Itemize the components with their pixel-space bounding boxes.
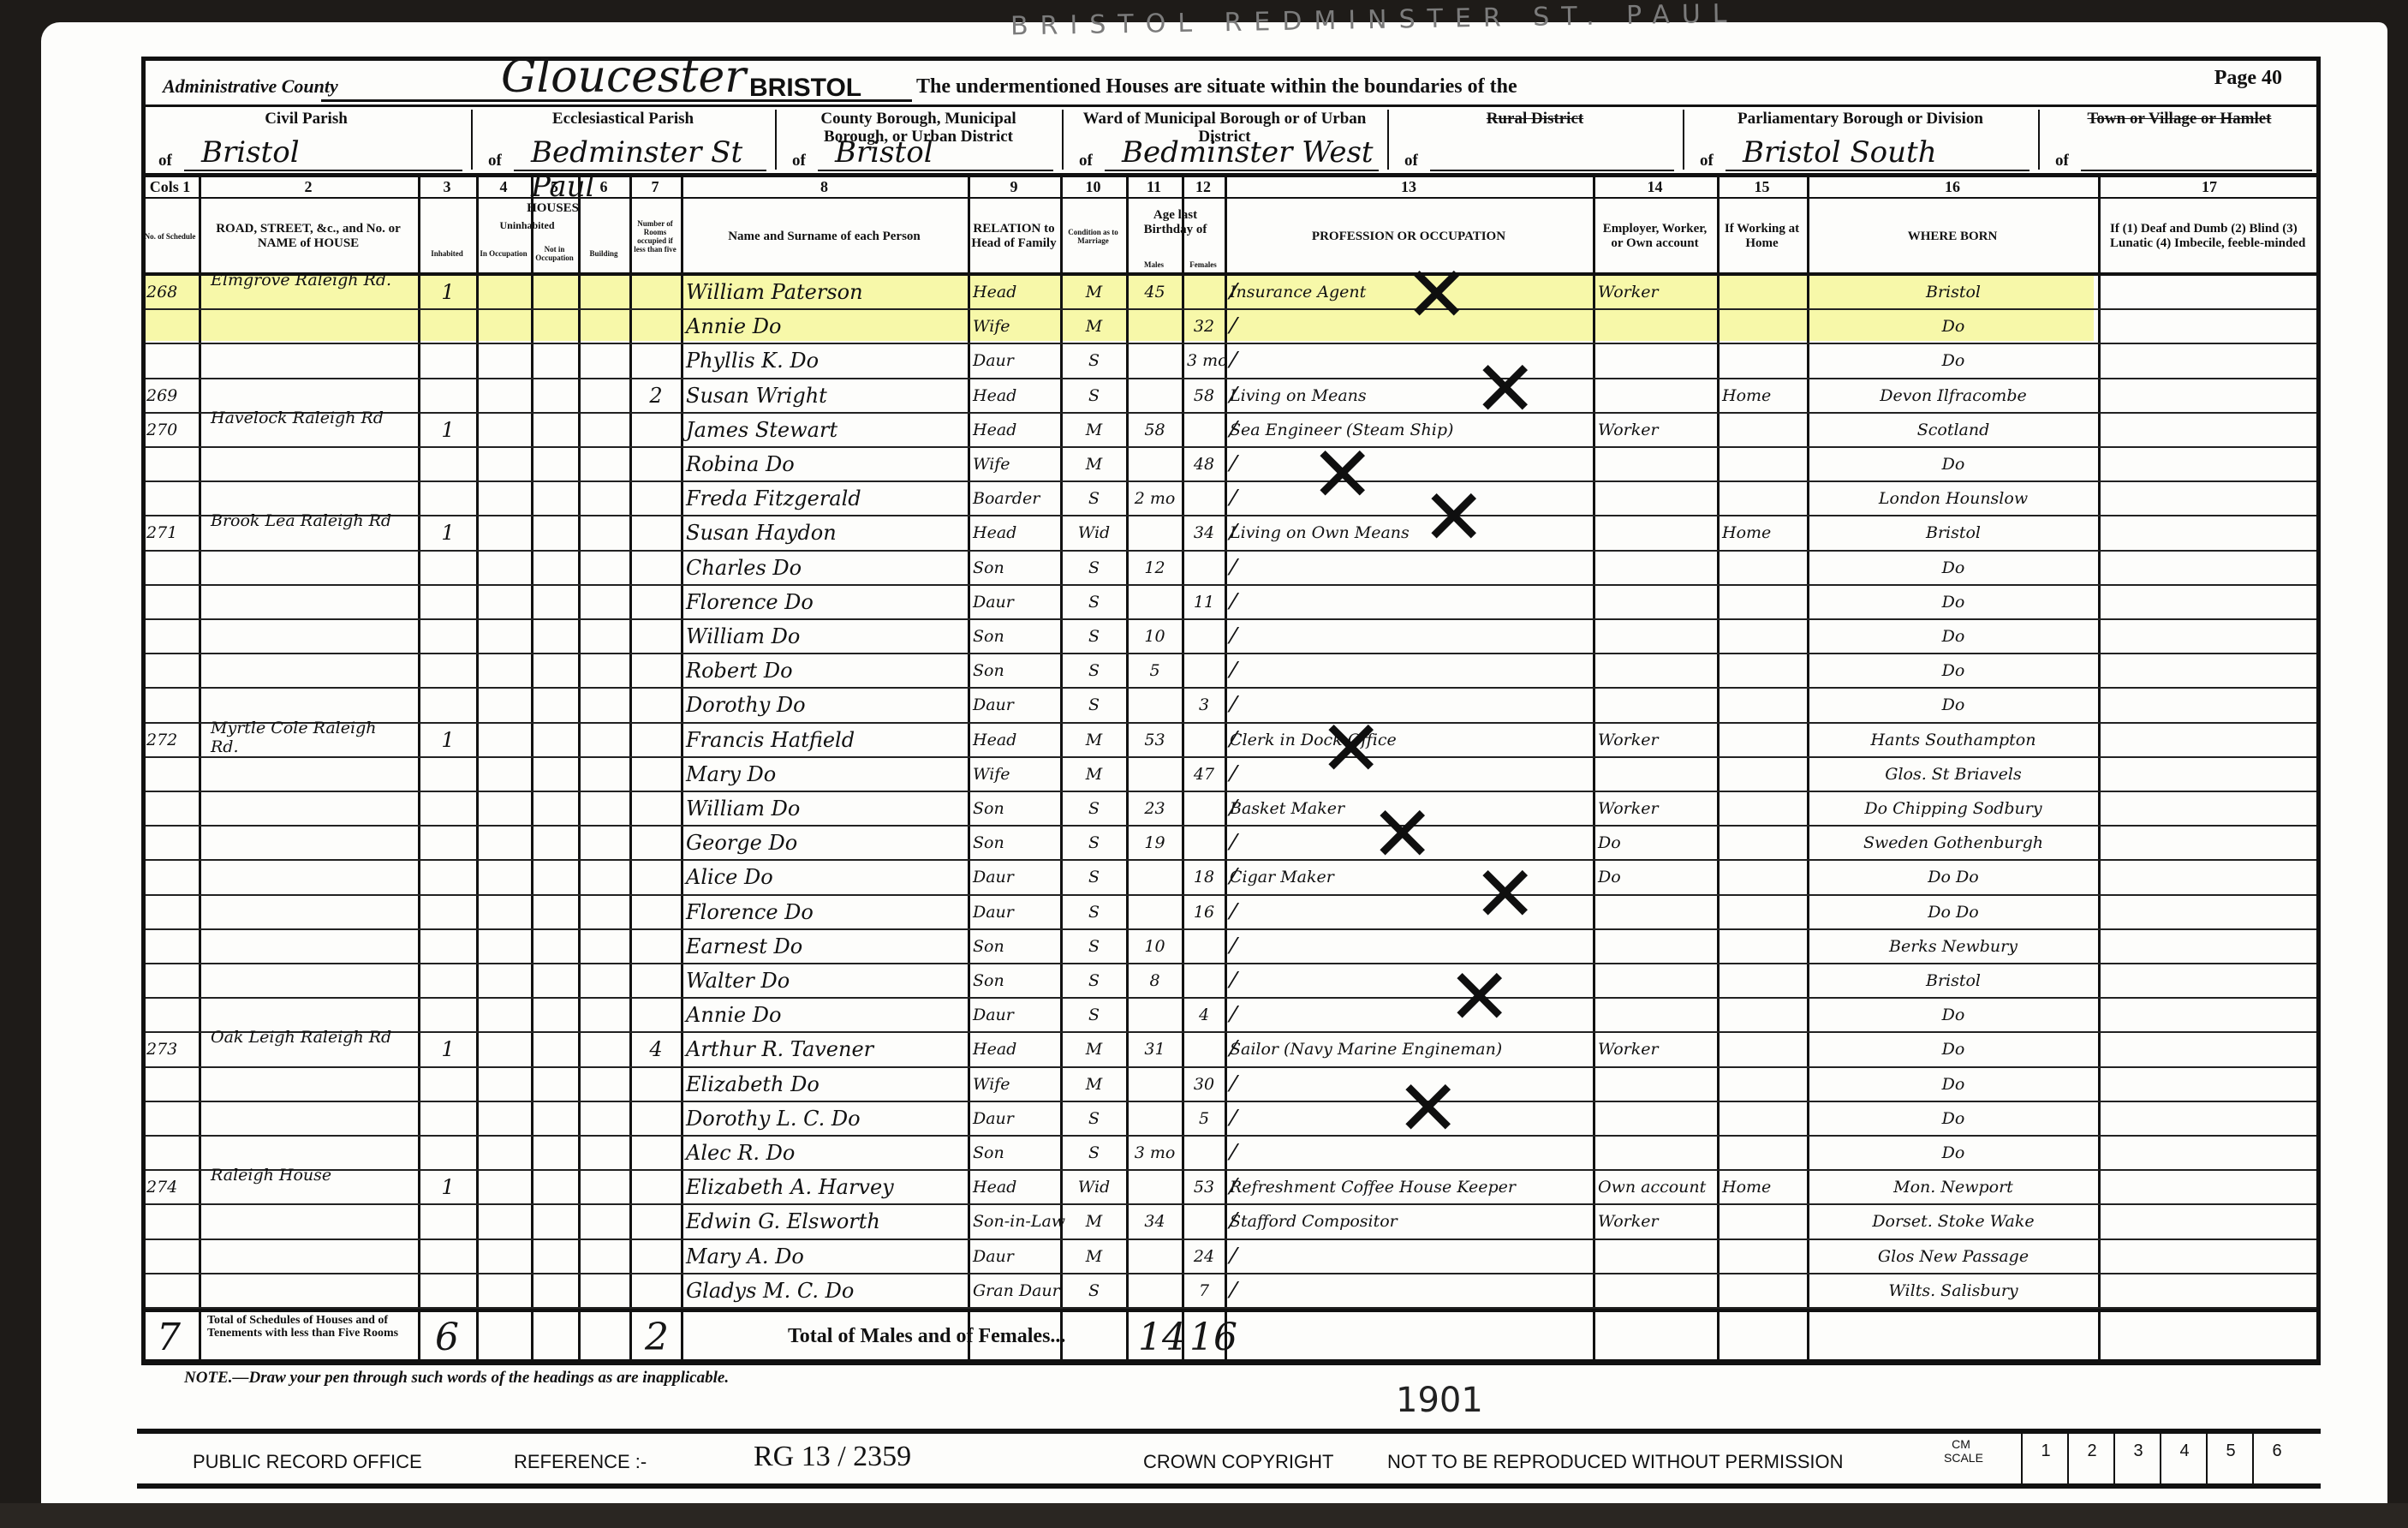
column-divider — [199, 175, 201, 1365]
totals-males-value: 14 — [1138, 1316, 1186, 1359]
marital-condition: S — [1065, 792, 1123, 825]
column-divider — [476, 175, 479, 1365]
age-male: 23 — [1131, 792, 1178, 825]
person-name: Robina Do — [686, 448, 964, 480]
person-name: Freda Fitzgerald — [686, 482, 964, 515]
house-address: Havelock Raleigh Rd — [211, 409, 408, 441]
footer-copyright: CROWN COPYRIGHT — [1143, 1451, 1333, 1473]
district-of: of — [1079, 152, 1093, 170]
person-name: Dorothy L. C. Do — [686, 1102, 964, 1135]
column-number: 16 — [1807, 178, 2098, 197]
column-number: 7 — [629, 178, 681, 197]
scale-mark: 4 — [2160, 1434, 2208, 1483]
district-1: Ecclesiastical ParishofBedminster St Pau… — [471, 106, 775, 175]
column-number: 8 — [681, 178, 968, 197]
person-name: William Do — [686, 620, 964, 653]
district-2: County Borough, Municipal Borough, or Ur… — [775, 106, 1062, 175]
birthplace: London Hounslow — [1812, 482, 2095, 515]
column-header: If Working at Home — [1717, 199, 1807, 274]
age-female: 48 — [1187, 448, 1221, 480]
occupation: Stafford Compositor — [1230, 1205, 1589, 1238]
district-of: of — [158, 152, 172, 170]
birthplace: Berks Newbury — [1812, 930, 2095, 963]
relation-to-head: Head — [973, 1033, 1057, 1065]
column-header: Number of Rooms occupied if less than fi… — [629, 199, 681, 274]
strike-mark-icon: ✕ — [1447, 959, 1511, 1036]
person-name: Susan Wright — [686, 379, 964, 412]
age-female: 3 — [1187, 689, 1221, 721]
marital-condition: S — [1065, 620, 1123, 653]
birthplace: Do — [1812, 310, 2095, 343]
person-name: Alec R. Do — [686, 1137, 964, 1169]
females-header: Females — [1182, 257, 1225, 272]
birthplace: Do — [1812, 344, 2095, 377]
marital-condition: M — [1065, 448, 1123, 480]
relation-to-head: Head — [973, 516, 1057, 549]
checkmark-icon: ⁄ — [1231, 624, 1235, 649]
houses-inhabited: 1 — [423, 516, 473, 549]
relation-to-head: Son — [973, 827, 1057, 859]
birthplace: Do — [1812, 999, 2095, 1031]
age-male: 12 — [1131, 552, 1178, 584]
checkmark-icon: ⁄ — [1231, 555, 1235, 581]
background-shadow — [0, 1503, 2408, 1528]
relation-to-head: Boarder — [973, 482, 1057, 515]
column-header: Employer, Worker, or Own account — [1593, 199, 1717, 274]
age-female: 30 — [1187, 1068, 1221, 1101]
marital-condition: M — [1065, 1033, 1123, 1065]
relation-to-head: Son — [973, 552, 1057, 584]
birthplace: Bristol — [1812, 276, 2095, 308]
marital-condition: S — [1065, 344, 1123, 377]
footer-scale-label: CM SCALE — [1944, 1437, 1978, 1465]
occupation: Clerk in Dock Office — [1230, 724, 1589, 756]
marital-condition: S — [1065, 379, 1123, 412]
person-name: Dorothy Do — [686, 689, 964, 721]
relation-to-head: Wife — [973, 310, 1057, 343]
column-number: 11 — [1126, 178, 1182, 197]
district-of: of — [792, 152, 806, 170]
marital-condition: S — [1065, 1102, 1123, 1135]
relation-to-head: Wife — [973, 448, 1057, 480]
marital-condition: M — [1065, 276, 1123, 308]
marital-condition: M — [1065, 758, 1123, 791]
strike-mark-icon: ✕ — [1310, 437, 1374, 514]
age-female: 34 — [1187, 516, 1221, 549]
birthplace: Bristol — [1812, 964, 2095, 997]
birthplace: Do — [1812, 586, 2095, 618]
age-female: 5 — [1187, 1102, 1221, 1135]
age-female: 24 — [1187, 1240, 1221, 1273]
column-number: 12 — [1182, 178, 1225, 197]
census-year: 1901 — [1396, 1381, 1483, 1420]
footer-reference-label: REFERENCE :- — [514, 1451, 647, 1473]
strike-mark-icon: ✕ — [1370, 797, 1434, 874]
column-number: 4 — [476, 178, 531, 197]
birthplace: Do — [1812, 1102, 2095, 1135]
age-male: 10 — [1131, 620, 1178, 653]
birthplace: Do — [1812, 689, 2095, 721]
age-female: 3 mo — [1187, 344, 1221, 377]
employer-status: Do — [1598, 827, 1714, 859]
age-male: 19 — [1131, 827, 1178, 859]
age-female: 16 — [1187, 896, 1221, 928]
person-name: Elizabeth A. Harvey — [686, 1171, 964, 1203]
houses-inhabited: 1 — [423, 724, 473, 756]
district-4: Rural Districtof — [1387, 106, 1683, 175]
males-header: Males — [1126, 257, 1182, 272]
house-address: Myrtle Cole Raleigh Rd. — [211, 719, 408, 751]
employer-status: Worker — [1598, 276, 1714, 308]
relation-to-head: Daur — [973, 861, 1057, 893]
district-divider — [471, 110, 473, 170]
totals-males: 14 — [1135, 1310, 1177, 1364]
age-male: 53 — [1131, 724, 1178, 756]
column-number: 3 — [418, 178, 476, 197]
occupation: Living on Own Means — [1230, 516, 1589, 549]
person-name: Phyllis K. Do — [686, 344, 964, 377]
marital-condition: M — [1065, 414, 1123, 446]
marital-condition: S — [1065, 586, 1123, 618]
person-name: Mary Do — [686, 758, 964, 791]
age-male: 8 — [1131, 964, 1178, 997]
relation-to-head: Daur — [973, 689, 1057, 721]
employer-status: Worker — [1598, 414, 1714, 446]
birthplace: Do — [1812, 654, 2095, 687]
totals-schedules: 7 — [150, 1310, 193, 1364]
marital-condition: M — [1065, 724, 1123, 756]
age-male: 3 mo — [1131, 1137, 1178, 1169]
birthplace: Mon. Newport — [1812, 1171, 2095, 1203]
archive-footer: PUBLIC RECORD OFFICE REFERENCE :- RG 13 … — [137, 1429, 2321, 1489]
column-header: No. of Schedule — [141, 199, 199, 274]
column-number: Cols 1 — [141, 178, 199, 197]
checkmark-icon: ⁄ — [1231, 899, 1235, 925]
scale-mark: 2 — [2067, 1434, 2115, 1483]
age-female: 32 — [1187, 310, 1221, 343]
checkmark-icon: ⁄ — [1231, 1071, 1235, 1097]
marital-condition: M — [1065, 310, 1123, 343]
relation-to-head: Head — [973, 276, 1057, 308]
birthplace: Do Chipping Sodbury — [1812, 792, 2095, 825]
age-male: 31 — [1131, 1033, 1178, 1065]
column-header: If (1) Deaf and Dumb (2) Blind (3) Lunat… — [2098, 199, 2321, 274]
column-divider — [2098, 175, 2101, 1365]
district-divider — [1387, 110, 1389, 170]
column-header: RELATION to Head of Family — [968, 199, 1060, 274]
age-group-header: Age last Birthday of — [1126, 199, 1225, 247]
marital-condition: S — [1065, 964, 1123, 997]
house-address: Brook Lea Raleigh Rd — [211, 511, 408, 544]
age-male: 10 — [1131, 930, 1178, 963]
column-divider — [1807, 175, 1809, 1365]
marital-condition: S — [1065, 827, 1123, 859]
column-header: In Occupation — [476, 233, 531, 274]
district-value: Bedminster West — [1105, 135, 1379, 171]
district-label: Rural District — [1387, 106, 1683, 128]
birthplace: Wilts. Salisbury — [1812, 1274, 2095, 1307]
marital-condition: S — [1065, 999, 1123, 1031]
footer-permission: NOT TO BE REPRODUCED WITHOUT PERMISSION — [1387, 1451, 1844, 1473]
checkmark-icon: ⁄ — [1231, 1002, 1235, 1028]
schedule-number: 273 — [146, 1033, 195, 1065]
checkmark-icon: ⁄ — [1231, 451, 1235, 477]
schedule-number: 268 — [146, 276, 195, 308]
column-header: Name and Surname of each Person — [681, 199, 968, 274]
district-divider — [2038, 110, 2040, 170]
totals-label: Total of Males and of Females... — [788, 1310, 1130, 1364]
page-number: Page 40 — [2214, 67, 2282, 90]
uninhabited-group-header: Uninhabited — [476, 218, 578, 233]
district-5: Parliamentary Borough or DivisionofBrist… — [1683, 106, 2038, 175]
relation-to-head: Son — [973, 654, 1057, 687]
relation-to-head: Son — [973, 1137, 1057, 1169]
column-divider — [1182, 175, 1184, 1365]
employer-status: Own account — [1598, 1171, 1714, 1203]
district-divider — [1683, 110, 1684, 170]
column-divider — [1126, 175, 1129, 1365]
birthplace: Do — [1812, 620, 2095, 653]
relation-to-head: Gran Daur — [973, 1274, 1057, 1307]
marital-condition: Wid — [1065, 516, 1123, 549]
form-note: NOTE.—Draw your pen through such words o… — [184, 1369, 729, 1388]
employer-status: Do — [1598, 861, 1714, 893]
column-number: 10 — [1060, 178, 1126, 197]
rooms-count: 2 — [635, 379, 677, 412]
totals-rooms: 2 — [638, 1310, 681, 1364]
district-divider — [1062, 110, 1064, 170]
age-female: 18 — [1187, 861, 1221, 893]
column-number: 15 — [1717, 178, 1807, 197]
column-header: Building — [578, 233, 629, 274]
strike-mark-icon: ✕ — [1404, 257, 1469, 334]
column-divider — [418, 175, 420, 1365]
occupation: Sailor (Navy Marine Engineman) — [1230, 1033, 1589, 1065]
marital-condition: S — [1065, 896, 1123, 928]
checkmark-icon: ⁄ — [1231, 486, 1235, 511]
column-number: 14 — [1593, 178, 1717, 197]
district-value: Bristol South — [1726, 135, 2030, 171]
relation-to-head: Daur — [973, 896, 1057, 928]
admin-county-value: Gloucester — [501, 51, 746, 103]
houses-inhabited: 1 — [423, 276, 473, 308]
relation-to-head: Daur — [973, 1102, 1057, 1135]
person-name: Florence Do — [686, 586, 964, 618]
marital-condition: S — [1065, 1137, 1123, 1169]
footer-office: PUBLIC RECORD OFFICE — [193, 1451, 422, 1473]
houses-inhabited: 1 — [423, 1171, 473, 1203]
checkmark-icon: ⁄ — [1231, 1278, 1235, 1304]
employer-status: Worker — [1598, 1033, 1714, 1065]
person-name: Florence Do — [686, 896, 964, 928]
relation-to-head: Head — [973, 414, 1057, 446]
age-male: 58 — [1131, 414, 1178, 446]
checkmark-icon: ⁄ — [1231, 934, 1235, 959]
person-name: Susan Haydon — [686, 516, 964, 549]
schedule-number: 270 — [146, 414, 195, 446]
birthplace: Do — [1812, 1033, 2095, 1065]
column-header: WHERE BORN — [1807, 199, 2098, 274]
person-name: William Do — [686, 792, 964, 825]
column-divider — [531, 175, 533, 1365]
district-of: of — [488, 152, 502, 170]
strike-mark-icon: ✕ — [1396, 1071, 1460, 1148]
relation-to-head: Daur — [973, 1240, 1057, 1273]
checkmark-icon: ⁄ — [1231, 761, 1235, 787]
marital-condition: S — [1065, 654, 1123, 687]
age-male: 34 — [1131, 1205, 1178, 1238]
county-printed: BRISTOL — [749, 74, 861, 103]
column-divider — [1717, 175, 1720, 1365]
marital-condition: Wid — [1065, 1171, 1123, 1203]
scale-mark: 3 — [2113, 1434, 2161, 1483]
checkmark-icon: ⁄ — [1231, 313, 1235, 339]
birthplace: Hants Southampton — [1812, 724, 2095, 756]
marital-condition: S — [1065, 861, 1123, 893]
boundaries-text: The undermentioned Houses are situate wi… — [916, 75, 1517, 98]
age-male: 5 — [1131, 654, 1178, 687]
district-of: of — [1404, 152, 1418, 170]
age-female: 4 — [1187, 999, 1221, 1031]
person-name: Charles Do — [686, 552, 964, 584]
district-label: Ecclesiastical Parish — [471, 106, 775, 128]
strike-mark-icon: ✕ — [1319, 711, 1383, 788]
person-name: Annie Do — [686, 310, 964, 343]
working-at-home: Home — [1722, 379, 1803, 412]
marital-condition: S — [1065, 930, 1123, 963]
column-divider — [968, 175, 970, 1365]
totals-schedules-count: 7 — [157, 1316, 181, 1359]
birthplace: Sweden Gothenburgh — [1812, 827, 2095, 859]
relation-to-head: Head — [973, 379, 1057, 412]
totals-schedules-label: Total of Schedules of Houses and of Tene… — [207, 1310, 413, 1367]
person-name: Elizabeth Do — [686, 1068, 964, 1101]
district-of: of — [2055, 152, 2069, 170]
column-header: Condition as to Marriage — [1060, 199, 1126, 274]
column-header: Not in Occupation — [531, 233, 578, 274]
column-number: 5 — [531, 178, 578, 197]
strike-mark-icon: ✕ — [1473, 351, 1537, 428]
scale-mark: 5 — [2206, 1434, 2254, 1483]
rooms-count: 4 — [635, 1033, 677, 1065]
checkmark-icon: ⁄ — [1231, 1140, 1235, 1166]
admin-county-label: Administrative County — [163, 75, 338, 98]
checkmark-icon: ⁄ — [1231, 658, 1235, 683]
form-title-bar: Administrative County Gloucester BRISTOL… — [141, 57, 2321, 106]
relation-to-head: Son — [973, 792, 1057, 825]
age-female: 47 — [1187, 758, 1221, 791]
house-address: Raleigh House — [211, 1166, 408, 1198]
district-label: Parliamentary Borough or Division — [1683, 106, 2038, 128]
age-female: 53 — [1187, 1171, 1221, 1203]
age-female: 7 — [1187, 1274, 1221, 1307]
district-value: Bedminster St Paul — [514, 135, 766, 171]
checkmark-icon: ⁄ — [1231, 1244, 1235, 1269]
marital-condition: S — [1065, 689, 1123, 721]
totals-females-value: 16 — [1189, 1316, 1237, 1359]
employer-status: Worker — [1598, 1205, 1714, 1238]
working-at-home: Home — [1722, 516, 1803, 549]
district-divider — [775, 110, 777, 170]
checkmark-icon: ⁄ — [1231, 348, 1235, 373]
schedule-number: 271 — [146, 516, 195, 549]
column-number: 17 — [2098, 178, 2321, 197]
person-name: William Paterson — [686, 276, 964, 308]
houses-inhabited: 1 — [423, 1033, 473, 1065]
age-male: 2 mo — [1131, 482, 1178, 515]
marital-condition: M — [1065, 1068, 1123, 1101]
age-male: 45 — [1131, 276, 1178, 308]
relation-to-head: Son — [973, 930, 1057, 963]
working-at-home: Home — [1722, 1171, 1803, 1203]
checkmark-icon: ⁄ — [1231, 692, 1235, 718]
employer-status: Worker — [1598, 792, 1714, 825]
birthplace: Do Do — [1812, 896, 2095, 928]
person-name: Earnest Do — [686, 930, 964, 963]
relation-to-head: Daur — [973, 344, 1057, 377]
marital-condition: S — [1065, 1274, 1123, 1307]
person-name: Francis Hatfield — [686, 724, 964, 756]
column-number: 6 — [578, 178, 629, 197]
person-name: Walter Do — [686, 964, 964, 997]
person-name: Robert Do — [686, 654, 964, 687]
district-value — [2081, 135, 2312, 171]
scale-mark: 6 — [2252, 1434, 2300, 1483]
birthplace: Glos. St Briavels — [1812, 758, 2095, 791]
age-female: 11 — [1187, 586, 1221, 618]
birthplace: Bristol — [1812, 516, 2095, 549]
district-6: Town or Village or Hamletof — [2038, 106, 2321, 175]
checkmark-icon: ⁄ — [1231, 589, 1235, 615]
birthplace: Devon Ilfracombe — [1812, 379, 2095, 412]
birthplace: Do — [1812, 552, 2095, 584]
houses-inhabited: 1 — [423, 414, 473, 446]
district-label: Town or Village or Hamlet — [2038, 106, 2321, 128]
marital-condition: S — [1065, 482, 1123, 515]
birthplace: Do — [1812, 1137, 2095, 1169]
occupation: Refreshment Coffee House Keeper — [1230, 1171, 1589, 1203]
birthplace: Glos New Passage — [1812, 1240, 2095, 1273]
house-address: Oak Leigh Raleigh Rd — [211, 1028, 408, 1060]
checkmark-icon: ⁄ — [1231, 830, 1235, 856]
district-of: of — [1700, 152, 1714, 170]
checkmark-icon: ⁄ — [1231, 968, 1235, 994]
employer-status: Worker — [1598, 724, 1714, 756]
totals-houses-value: 6 — [435, 1316, 459, 1359]
scale-mark: 1 — [2021, 1434, 2069, 1483]
marital-condition: M — [1065, 1240, 1123, 1273]
column-number: 2 — [199, 178, 418, 197]
column-number: 13 — [1225, 178, 1593, 197]
strike-mark-icon: ✕ — [1422, 480, 1486, 557]
person-name: James Stewart — [686, 414, 964, 446]
schedule-number: 274 — [146, 1171, 195, 1203]
strike-mark-icon: ✕ — [1473, 857, 1537, 934]
column-header: Inhabited — [418, 233, 476, 274]
district-0: Civil ParishofBristol — [141, 106, 471, 175]
district-value — [1430, 135, 1674, 171]
footer-reference: RG 13 / 2359 — [754, 1441, 911, 1473]
totals-females: 16 — [1186, 1310, 1229, 1364]
birthplace: Dorset. Stoke Wake — [1812, 1205, 2095, 1238]
district-value: Bristol — [818, 135, 1053, 171]
person-name: Mary A. Do — [686, 1240, 964, 1273]
birthplace: Do — [1812, 448, 2095, 480]
person-name: Edwin G. Elsworth — [686, 1205, 964, 1238]
person-name: Annie Do — [686, 999, 964, 1031]
relation-to-head: Daur — [973, 999, 1057, 1031]
column-divider — [629, 175, 632, 1365]
